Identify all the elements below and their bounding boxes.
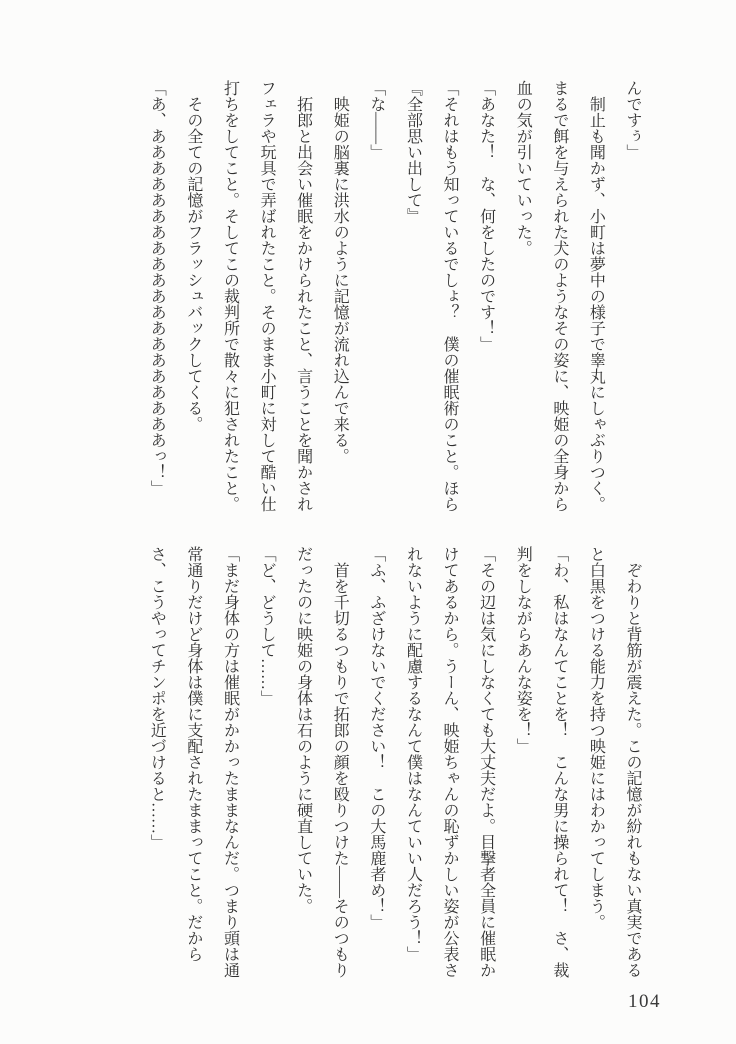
text-column: その全ての記憶がフラッシュバックしてくる。 bbox=[174, 80, 211, 518]
text-column: 常通りだけど身体は僕に支配されたままってこと。だから bbox=[174, 546, 211, 984]
text-column: 判をしながらあんな姿を！」 bbox=[504, 546, 541, 984]
text-column: んですぅ」 bbox=[613, 80, 650, 518]
book-page: んですぅ」 制止も聞かず、小町は夢中の様子で睾丸にしゃぶりつく。 まるで餌を与え… bbox=[0, 0, 736, 1044]
text-column: 「わ、私はなんてことを！ こんな男に操られて！ さ、裁 bbox=[540, 546, 577, 984]
text-column: さ、こうやってチンポを近づけると……」 bbox=[138, 546, 175, 984]
text-column: 拓郎と出会い催眠をかけられたこと、言うことを聞かされ bbox=[284, 80, 321, 518]
page-number: 104 bbox=[628, 991, 661, 1013]
text-column: れないように配慮するなんて僕はなんていい人だろう！」 bbox=[394, 546, 431, 984]
text-column: 「ふ、ふざけないでください！ この大馬鹿者め！」 bbox=[357, 546, 394, 984]
text-column: ぞわりと背筋が震えた。この記憶が紛れもない真実である bbox=[613, 546, 650, 984]
text-column: だったのに映姫の身体は石のように硬直していた。 bbox=[284, 546, 321, 984]
bottom-text-block: ぞわりと背筋が震えた。この記憶が紛れもない真実である と白黒をつける能力を持つ映… bbox=[138, 546, 650, 984]
text-column: 映姫の脳裏に洪水のように記憶が流れ込んで来る。 bbox=[321, 80, 358, 518]
text-column: 制止も聞かず、小町は夢中の様子で睾丸にしゃぶりつく。 bbox=[577, 80, 614, 518]
text-column: と白黒をつける能力を持つ映姫にはわかってしまう。 bbox=[577, 546, 614, 984]
text-column: 「あ、ああああああああああああああああああああっ！」 bbox=[138, 80, 175, 518]
text-column: 「それはもう知っているでしょ？ 僕の催眠術のこと。ほら bbox=[430, 80, 467, 518]
text-column: 「あなた！ な、何をしたのです！」 bbox=[467, 80, 504, 518]
text-column: 「その辺は気にしなくても大丈夫だよ。目撃者全員に催眠か bbox=[467, 546, 504, 984]
text-column: まるで餌を与えられた犬のようなその姿に、映姫の全身から bbox=[540, 80, 577, 518]
text-column: 「ど、どうして……」 bbox=[247, 546, 284, 984]
text-column: 『全部思い出して』 bbox=[394, 80, 431, 518]
text-column: 「まだ身体の方は催眠がかかったままなんだ。つまり頭は通 bbox=[211, 546, 248, 984]
text-column: けてあるから。うーん、映姫ちゃんの恥ずかしい姿が公表さ bbox=[430, 546, 467, 984]
text-column: 「な――」 bbox=[357, 80, 394, 518]
text-column: フェラや玩具で弄ばれたこと。そのまま小町に対して酷い仕 bbox=[247, 80, 284, 518]
text-column: 血の気が引いていった。 bbox=[504, 80, 541, 518]
text-column: 首を千切るつもりで拓郎の顔を殴りつけた――そのつもり bbox=[321, 546, 358, 984]
top-text-block: んですぅ」 制止も聞かず、小町は夢中の様子で睾丸にしゃぶりつく。 まるで餌を与え… bbox=[138, 80, 650, 518]
text-column: 打ちをしてこと。そしてこの裁判所で散々に犯されたこと。 bbox=[211, 80, 248, 518]
